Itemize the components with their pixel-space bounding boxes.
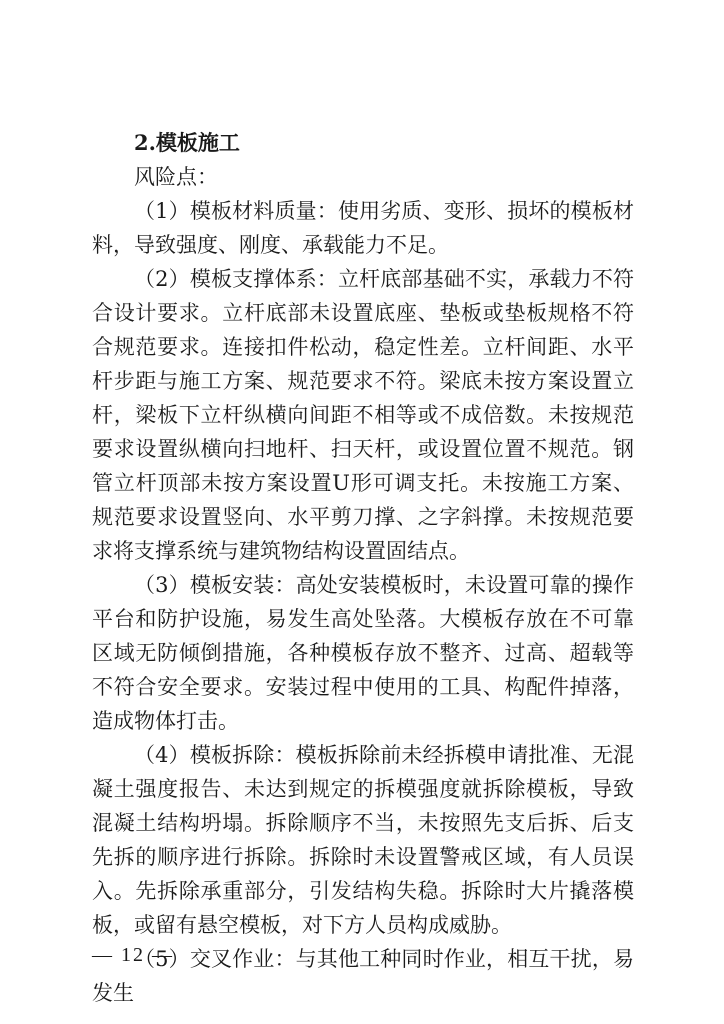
- paragraph-formwork-installation: （3）模板安装：高处安装模板时，未设置可靠的操作平台和防护设施，易发生高处坠落。…: [92, 568, 634, 738]
- paragraph-support-system: （2）模板支撑体系：立杆底部基础不实，承载力不符合设计要求。立杆底部未设置底座、…: [92, 262, 634, 568]
- subheading-risk-points: 风险点：: [92, 160, 634, 194]
- paragraph-material-quality: （1）模板材料质量：使用劣质、变形、损坏的模板材料，导致强度、刚度、承载能力不足…: [92, 194, 634, 262]
- document-page: 2.模板施工 风险点： （1）模板材料质量：使用劣质、变形、损坏的模板材料，导致…: [0, 0, 724, 1024]
- document-body: 2.模板施工 风险点： （1）模板材料质量：使用劣质、变形、损坏的模板材料，导致…: [92, 126, 634, 1010]
- page-number: — 12 —: [92, 944, 174, 967]
- section-heading: 2.模板施工: [92, 126, 634, 160]
- paragraph-formwork-removal: （4）模板拆除：模板拆除前未经拆模申请批准、无混凝土强度报告、未达到规定的拆模强…: [92, 738, 634, 942]
